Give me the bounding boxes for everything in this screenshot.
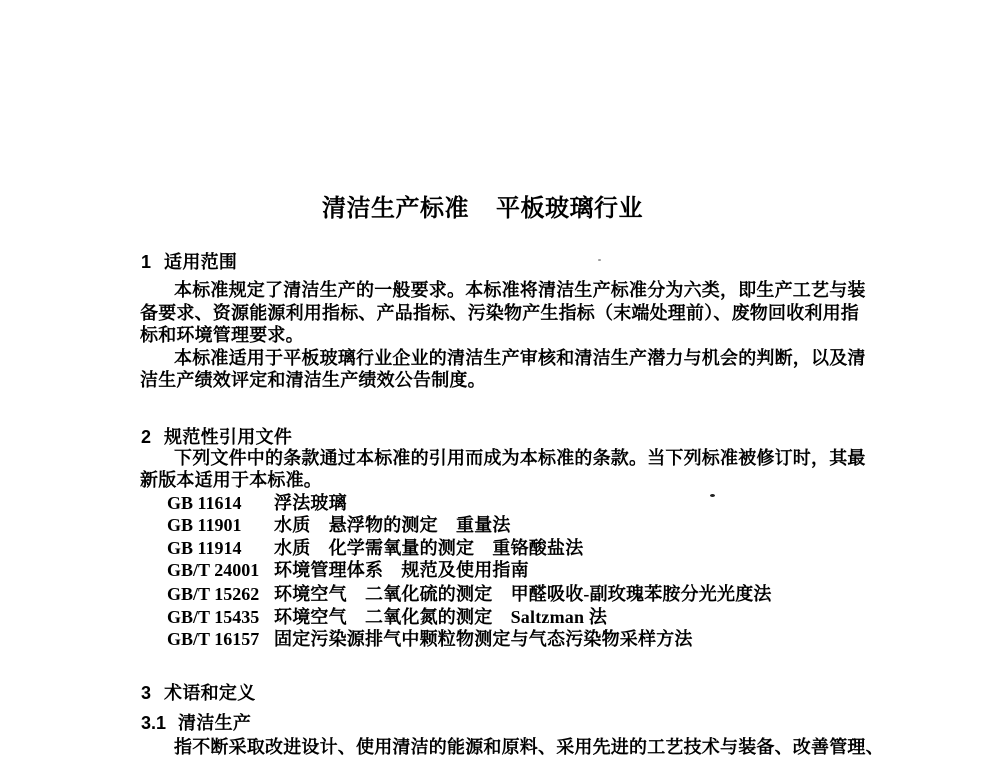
paragraph-line: 标和环境管理要求。 — [140, 325, 304, 345]
reference-item: GB/T 15435环境空气 二氧化氮的测定 Saltzman 法 — [167, 607, 607, 627]
reference-code: GB/T 16157 — [167, 629, 274, 649]
paragraph-line: 本标准适用于平板玻璃行业企业的清洁生产审核和清洁生产潜力与机会的判断，以及清 — [174, 348, 866, 368]
reference-code: GB 11901 — [167, 515, 274, 535]
document-title-part1: 清洁生产标准 — [322, 195, 469, 222]
document-page: 清洁生产标准平板玻璃行业 1适用范围 本标准规定了清洁生产的一般要求。本标准将清… — [0, 0, 1000, 760]
section-1-title: 适用范围 — [164, 252, 237, 272]
reference-title: 浮法玻璃 — [274, 493, 347, 513]
section-3-1-heading: 3.1清洁生产 — [141, 713, 251, 733]
paragraph-line: 下列文件中的条款通过本标准的引用而成为本标准的条款。当下列标准被修订时，其最 — [174, 448, 866, 468]
scan-speck — [710, 494, 715, 497]
reference-item: GB/T 16157固定污染源排气中颗粒物测定与气态污染物采样方法 — [167, 629, 693, 649]
paragraph-line: 备要求、资源能源利用指标、产品指标、污染物产生指标（末端处理前）、废物回收利用指 — [140, 303, 859, 323]
section-3-1-title: 清洁生产 — [178, 713, 251, 733]
section-3-1-number: 3.1 — [141, 713, 166, 733]
reference-item: GB 11914水质 化学需氧量的测定 重铬酸盐法 — [167, 538, 583, 558]
paragraph-line: 洁生产绩效评定和清洁生产绩效公告制度。 — [140, 370, 486, 390]
reference-title: 水质 悬浮物的测定 重量法 — [274, 515, 511, 535]
scan-speck — [598, 259, 601, 261]
section-1-number: 1 — [141, 252, 151, 272]
reference-code: GB 11914 — [167, 538, 274, 558]
reference-code: GB/T 15262 — [167, 584, 274, 604]
paragraph-line: 本标准规定了清洁生产的一般要求。本标准将清洁生产标准分为六类，即生产工艺与装 — [174, 280, 866, 300]
reference-item: GB 11614浮法玻璃 — [167, 493, 347, 513]
section-2-title: 规范性引用文件 — [164, 427, 292, 447]
reference-item: GB 11901水质 悬浮物的测定 重量法 — [167, 515, 511, 535]
reference-title: 水质 化学需氧量的测定 重铬酸盐法 — [274, 538, 583, 558]
reference-item: GB/T 15262环境空气 二氧化硫的测定 甲醛吸收-副玫瑰苯胺分光光度法 — [167, 584, 772, 604]
document-title-part2: 平板玻璃行业 — [496, 195, 643, 222]
document-title: 清洁生产标准平板玻璃行业 — [322, 195, 643, 223]
section-3-number: 3 — [141, 683, 151, 703]
reference-title: 环境空气 二氧化氮的测定 Saltzman 法 — [274, 607, 607, 627]
section-2-number: 2 — [141, 427, 151, 447]
reference-code: GB/T 15435 — [167, 607, 274, 627]
reference-code: GB 11614 — [167, 493, 274, 513]
section-2-heading: 2规范性引用文件 — [141, 427, 292, 447]
section-1-heading: 1适用范围 — [141, 252, 237, 272]
reference-code: GB/T 24001 — [167, 560, 274, 580]
reference-item: GB/T 24001环境管理体系 规范及使用指南 — [167, 560, 529, 580]
reference-title: 固定污染源排气中颗粒物测定与气态污染物采样方法 — [274, 629, 693, 649]
section-3-title: 术语和定义 — [164, 683, 256, 703]
paragraph-line: 新版本适用于本标准。 — [140, 470, 322, 490]
paragraph-line: 指不断采取改进设计、使用清洁的能源和原料、采用先进的工艺技术与装备、改善管理、 — [174, 737, 884, 757]
reference-title: 环境空气 二氧化硫的测定 甲醛吸收-副玫瑰苯胺分光光度法 — [274, 584, 772, 604]
reference-title: 环境管理体系 规范及使用指南 — [274, 560, 529, 580]
section-3-heading: 3术语和定义 — [141, 683, 256, 703]
